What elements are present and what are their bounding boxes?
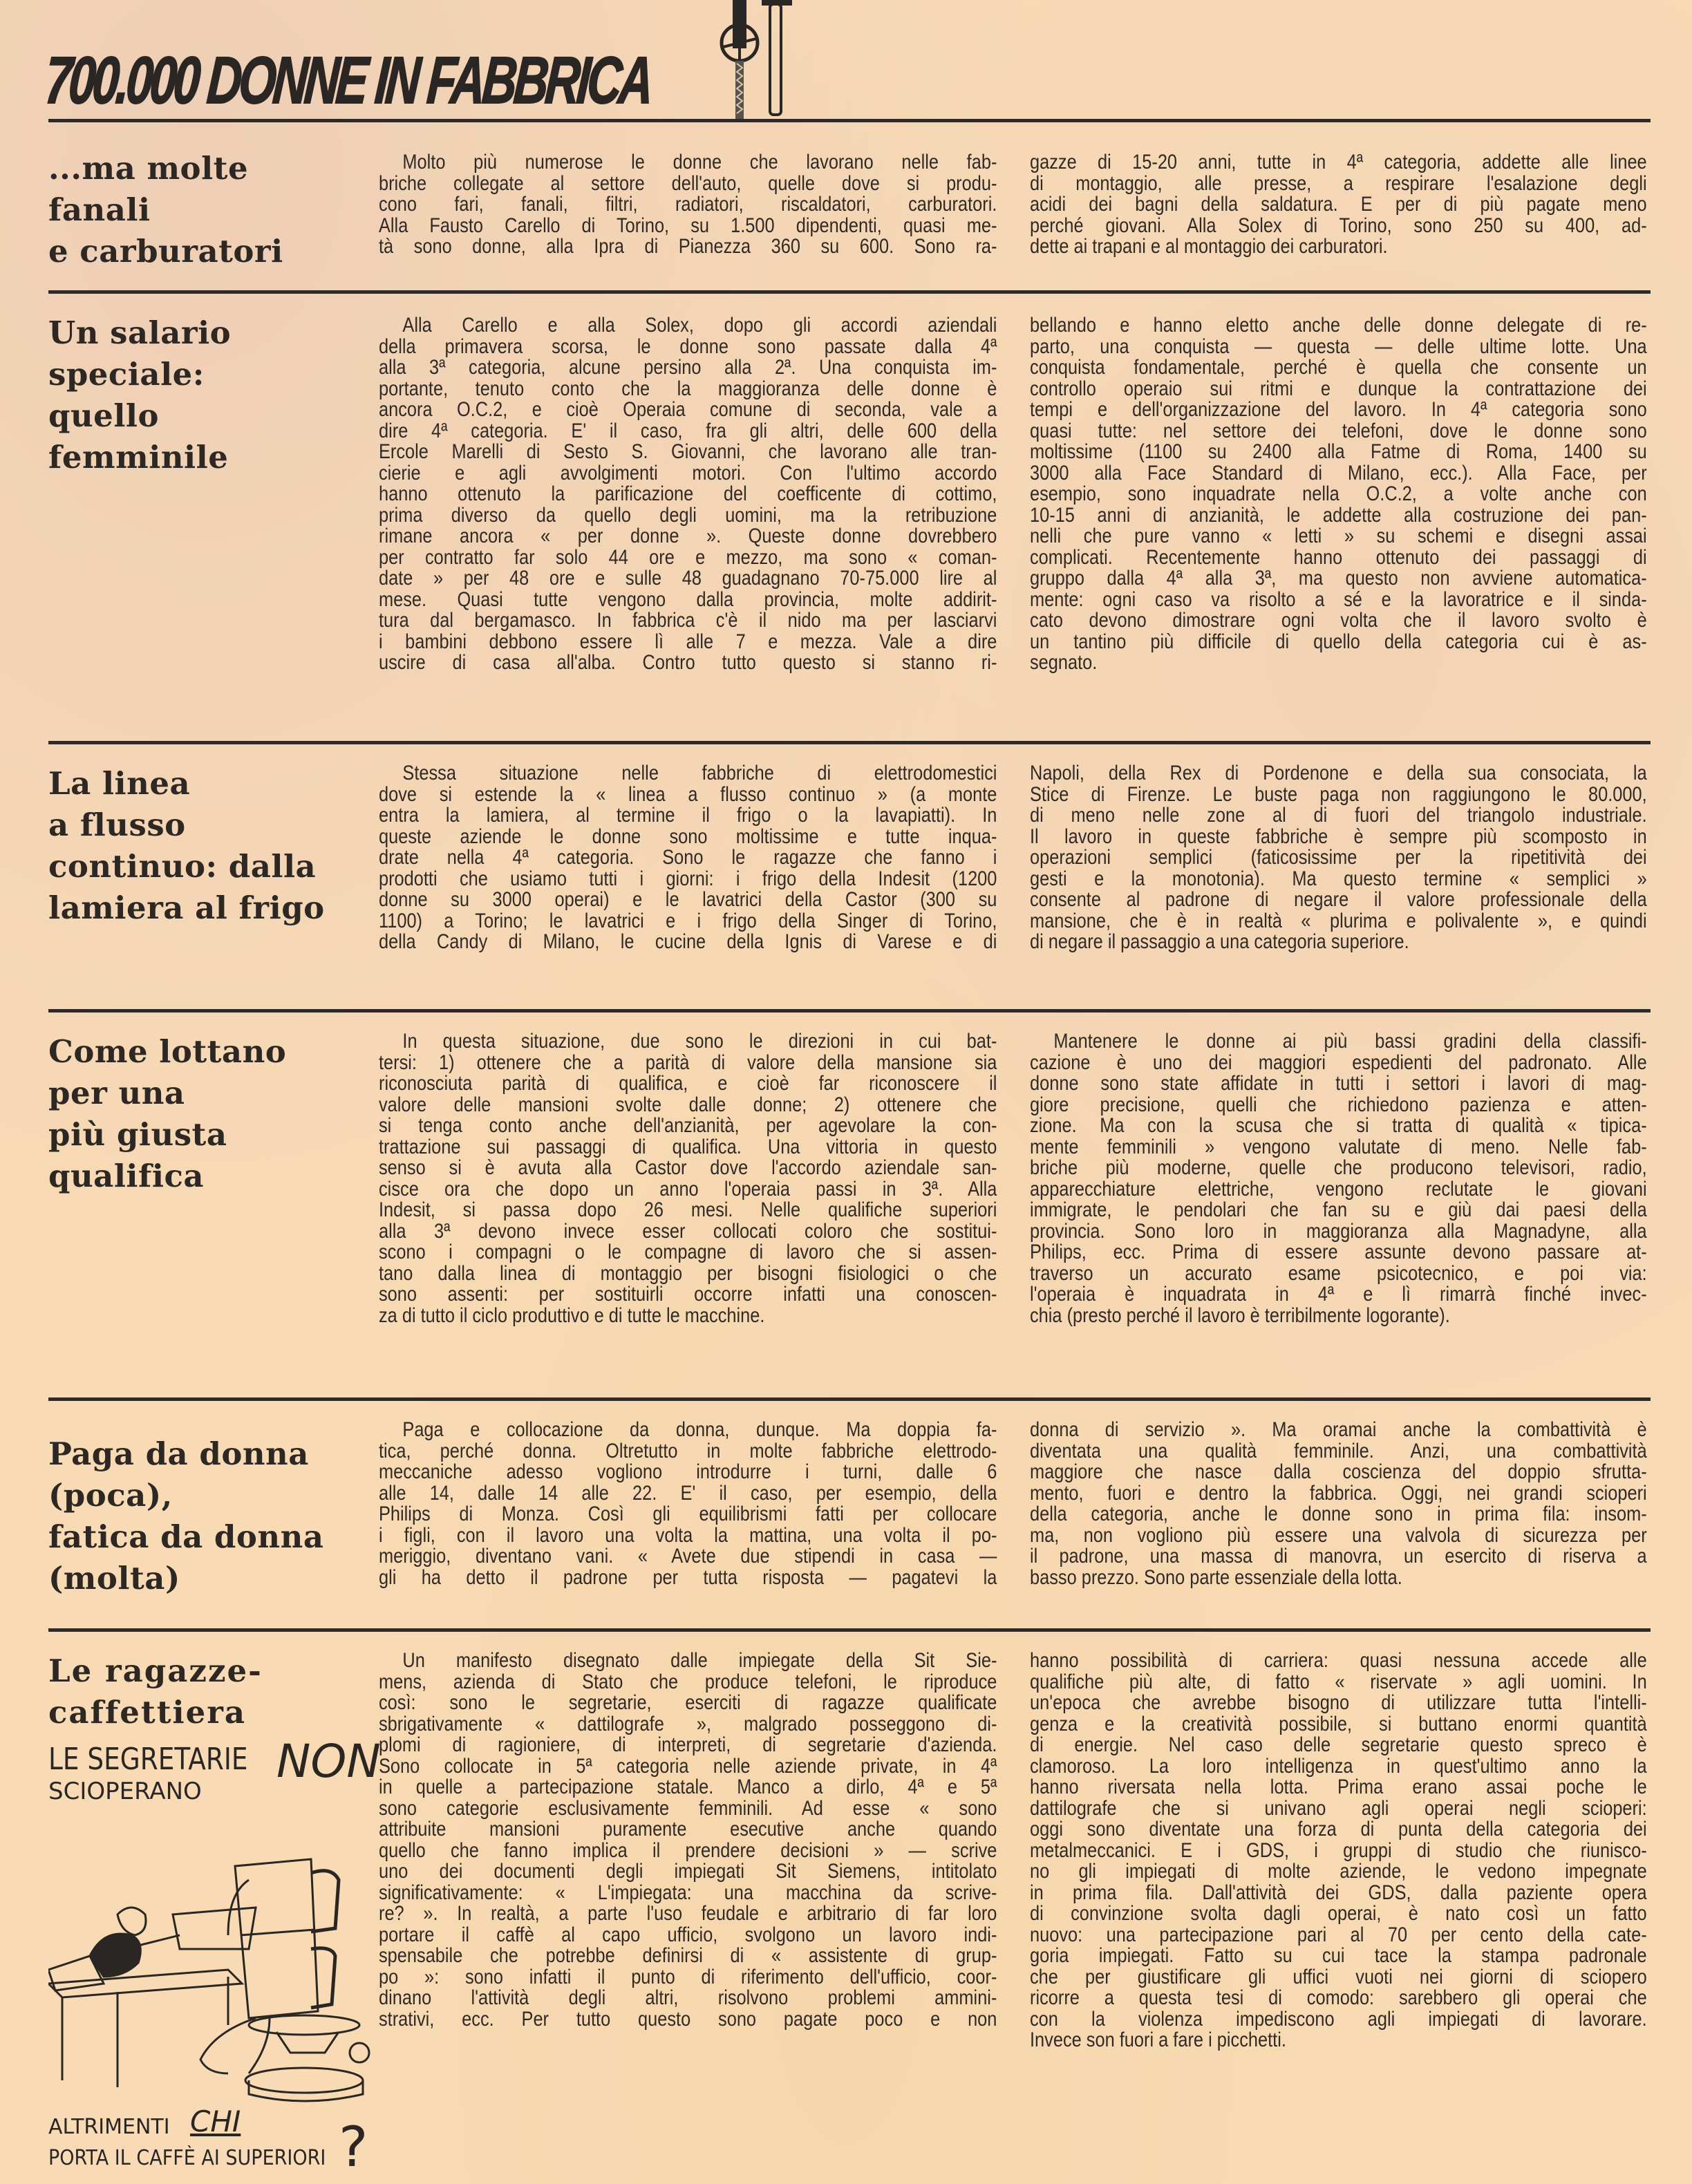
text-line: cato devono dimostrare ogni volta che il… (1030, 610, 1647, 632)
column-left: Alla Carello e alla Solex, dopo gli acco… (379, 315, 997, 674)
text-line: Alla Fausto Carello di Torino, su 1.500 … (379, 216, 997, 237)
text-line: portante, tenuto conto che la maggioranz… (379, 379, 997, 400)
text-line: meccaniche adesso vogliono introdurre i … (379, 1462, 997, 1483)
text-line: entra la lamiera, al termine il frigo o … (379, 805, 997, 827)
text-line: bellando e hanno eletto anche delle donn… (1030, 315, 1647, 337)
text-line: tempi e dell'organizzazione del lavoro. … (1030, 399, 1647, 421)
drill-press-icon (712, 0, 795, 124)
text-line: alla 3ª categoria, alcune persino alla 2… (379, 357, 997, 379)
text-line: Philips di Monza. Così gli equilibrismi … (379, 1504, 997, 1525)
text-line: ancora O.C.2, e cioè Operaia comune di s… (379, 399, 997, 421)
text-line: tersi: 1) ottenere che a parità di valor… (379, 1053, 997, 1074)
text-line: basso prezzo. Sono parte essenziale dell… (1030, 1568, 1647, 1589)
text-line: rimane ancora « per donne ». Queste donn… (379, 526, 997, 547)
text-line: re? ». In realtà, a parte l'uso feudale … (379, 1903, 997, 1925)
text-line: dire 4ª categoria. E' il caso, fra gli a… (379, 421, 997, 442)
text-line: il padrone, una massa di manovra, un ese… (1030, 1546, 1647, 1568)
text-line: prodotti che usiamo tutti i giorni: i fr… (379, 869, 997, 890)
text-line: prima diverso da quello degli uomini, ma… (379, 505, 997, 527)
text-line: per contratto far solo 44 ore e mezzo, m… (379, 547, 997, 569)
text-line: immigrate, le pendolari che fan su e giù… (1030, 1200, 1647, 1221)
heading-line: fatica da donna (48, 1516, 373, 1558)
text-line: segnato. (1030, 652, 1647, 674)
text-line: hanno possibilità di carriera: quasi nes… (1030, 1650, 1647, 1672)
text-line: donna di servizio ». Ma oramai anche la … (1030, 1420, 1647, 1441)
text-line: Invece son fuori a fare i picchetti. (1030, 2030, 1647, 2051)
text-line: gruppo dalla 4ª alla 3ª, ma questo non a… (1030, 568, 1647, 590)
text-line: quasi tutte: nel settore dei telefoni, d… (1030, 421, 1647, 442)
text-line: drate nella 4ª categoria. Sono le ragazz… (379, 847, 997, 869)
text-line: cazione è uno dei maggiori espedienti de… (1030, 1053, 1647, 1074)
text-line: mento, fuori e dentro la fabbrica. Oggi,… (1030, 1483, 1647, 1505)
column-right: Mantenere le donne ai più bassi gradini … (1030, 1031, 1647, 1326)
text-line: provincia. Sono loro in maggioranza alla… (1030, 1221, 1647, 1243)
text-line: di montaggio, alle presse, a respirare l… (1030, 173, 1647, 195)
text-line: acidi dei bagni della saldatura. E per d… (1030, 194, 1647, 216)
text-line: complicati. Recentemente hanno ottenuto … (1030, 547, 1647, 569)
text-line: cono fari, fanali, filtri, radiatori, ri… (379, 194, 997, 216)
cartoon-illustration: LE SEGRETARIE NON SCIOPERANO (48, 1742, 373, 2184)
column-right: Napoli, della Rex di Pordenone e della s… (1030, 763, 1647, 953)
heading-line: ...ma molte (48, 148, 373, 189)
text-line: dove si estende la « linea a flusso cont… (379, 784, 997, 806)
text-line: dinano l'attività degli altri, risolvono… (379, 1988, 997, 2009)
heading-line: per una (48, 1073, 373, 1114)
column-left: Molto più numerose le donne che lavorano… (379, 152, 997, 258)
section-rule (48, 1009, 1651, 1013)
text-line: plomi di ragioniere, di interpreti, di s… (379, 1735, 997, 1756)
text-line: scono i compagni o le compagne di lavoro… (379, 1242, 997, 1263)
section-rule (48, 1628, 1651, 1632)
text-line: nuovo: una partecipazione pari al 70 per… (1030, 1925, 1647, 1946)
text-line: un'epoca che avrebbe bisogno di utilizza… (1030, 1693, 1647, 1714)
text-line: parto, una conquista — questa — delle ul… (1030, 337, 1647, 358)
text-line: zione. Ma con la scusa che si tratta di … (1030, 1115, 1647, 1137)
coffee-pot-secretary-drawing (48, 1811, 373, 2115)
text-line: con la violenza impediscono agli impiega… (1030, 2009, 1647, 2031)
text-line: traverso un accurato esame psicotecnico,… (1030, 1263, 1647, 1285)
masthead: 700.000 DONNE IN FABBRICA (48, 28, 1692, 152)
text-line: così: sono le segretarie, eserciti di ra… (379, 1693, 997, 1714)
cartoon-caption-chi: CHI (190, 2105, 241, 2138)
text-line: che per giustificare gli uffici vuoti ne… (1030, 1967, 1647, 1988)
text-line: mente: ogni caso va risolto a sé e la la… (1030, 590, 1647, 611)
text-line: chia (presto perché il lavoro è terribil… (1030, 1306, 1647, 1327)
text-line: mansione, che è in realtà « plurima e po… (1030, 911, 1647, 932)
text-line: Stessa situazione nelle fabbriche di ele… (379, 763, 997, 784)
text-line: maggiore che nasce dalla coscienza del d… (1030, 1462, 1647, 1483)
text-line: qualifiche più alte, di fatto « riservat… (1030, 1672, 1647, 1693)
question-mark-icon: ? (339, 2115, 368, 2179)
text-line: significativamente: « L'impiegata: una m… (379, 1883, 997, 1904)
text-line: consente al padrone di negare il valore … (1030, 889, 1647, 911)
heading-line: continuo: dalla (48, 846, 373, 887)
text-line: 1100) a Torino; le lavatrici e i frigo d… (379, 911, 997, 932)
text-line: hanno riversata nella lotta. Prima erano… (1030, 1777, 1647, 1798)
text-line: sono assenti: per sostituirli occorre in… (379, 1284, 997, 1306)
column-left: Stessa situazione nelle fabbriche di ele… (379, 763, 997, 953)
text-line: cierie e agli avvolgimenti motori. Con l… (379, 463, 997, 484)
section-heading: La linea a flusso continuo: dalla lamier… (48, 763, 373, 929)
text-line: Molto più numerose le donne che lavorano… (379, 152, 997, 173)
heading-line: a flusso (48, 804, 373, 846)
heading-line: (molta) (48, 1558, 373, 1599)
column-right: bellando e hanno eletto anche delle donn… (1030, 315, 1647, 674)
text-line: Un manifesto disegnato dalle impiegate d… (379, 1650, 997, 1672)
text-line: esempio, sono inquadrate nella O.C.2, a … (1030, 484, 1647, 505)
text-line: donne su 3000 operai) e le lavatrici del… (379, 889, 997, 911)
text-line: diventata una qualità femminile. Anzi, u… (1030, 1441, 1647, 1462)
text-line: meriggio, diventano vani. « Avete due st… (379, 1546, 997, 1568)
text-line: clamoroso. La loro intelligenza in quest… (1030, 1756, 1647, 1778)
section-heading: Le ragazze- caffettiera (48, 1650, 373, 1733)
column-right: hanno possibilità di carriera: quasi nes… (1030, 1650, 1647, 2051)
text-line: di meno nelle zone al di fuori del trian… (1030, 805, 1647, 827)
text-line: della primavera scorsa, le donne sono pa… (379, 337, 997, 358)
page-title: 700.000 DONNE IN FABBRICA (43, 43, 654, 119)
text-line: ricorre a questa tesi di comodo: sarebbe… (1030, 1988, 1647, 2009)
text-line: di convinzione svolta dagli operai, è na… (1030, 1903, 1647, 1925)
text-line: sbrigativamente « dattilografe », malgra… (379, 1714, 997, 1735)
section-rule (48, 741, 1651, 744)
text-line: gli ha detto il padrone per tutta rispos… (379, 1568, 997, 1589)
heading-line: e carburatori (48, 231, 373, 272)
heading-line: Le ragazze- (48, 1650, 373, 1692)
text-line: alle 14, dalle 14 alle 22. E' il caso, p… (379, 1483, 997, 1505)
column-right: donna di servizio ». Ma oramai anche la … (1030, 1420, 1647, 1588)
text-line: controllo operaio sui ritmi e dunque la … (1030, 379, 1647, 400)
text-line: in prima fila. Dall'attività dei GDS, da… (1030, 1883, 1647, 1904)
text-line: donne sono state affidate in tutti i set… (1030, 1073, 1647, 1095)
text-line: nelli che pure vanno « letti » su schemi… (1030, 526, 1647, 547)
text-line: mens, azienda di Stato che produce telef… (379, 1672, 997, 1693)
text-line: dattilografe che si univano agli operai … (1030, 1798, 1647, 1820)
text-line: Philips, ecc. Prima di essere assunte de… (1030, 1242, 1647, 1263)
text-line: giore precisione, quelli che richiedono … (1030, 1095, 1647, 1116)
text-line: apparecchiature elettriche, vengono recl… (1030, 1179, 1647, 1201)
text-line: si tenga conto anche dell'anzianità, per… (379, 1115, 997, 1137)
heading-line: speciale: (48, 354, 373, 395)
text-line: tano dalla linea di montaggio per bisogn… (379, 1263, 997, 1285)
text-line: genza e la creatività possibile, si butt… (1030, 1714, 1647, 1735)
text-line: In questa situazione, due sono le direzi… (379, 1031, 997, 1053)
column-left: Un manifesto disegnato dalle impiegate d… (379, 1650, 997, 2030)
text-line: trattazione sui passaggi di qualifica. U… (379, 1137, 997, 1158)
text-line: tura dal bergamasco. In fabbrica c'è il … (379, 610, 997, 632)
text-line: Napoli, della Rex di Pordenone e della s… (1030, 763, 1647, 784)
text-line: di energie. Nel caso delle segretarie qu… (1030, 1735, 1647, 1756)
heading-line: qualifica (48, 1156, 373, 1197)
text-line: conquista fondamentale, perché è quella … (1030, 357, 1647, 379)
text-line: Indesit, si passa dopo 26 mesi. Nelle qu… (379, 1200, 997, 1221)
text-line: ma, non vogliono più essere una valvola … (1030, 1525, 1647, 1547)
text-line: senso si è avuta alla Castor dove l'acco… (379, 1158, 997, 1179)
heading-line: lamiera al frigo (48, 887, 373, 929)
text-line: Mantenere le donne ai più bassi gradini … (1030, 1031, 1647, 1053)
text-line: portare il caffè al capo ufficio, svolgo… (379, 1925, 997, 1946)
title-rule (48, 119, 1651, 122)
text-line: oggi sono diventate una forza di punta d… (1030, 1819, 1647, 1841)
text-line: Alla Carello e alla Solex, dopo gli acco… (379, 315, 997, 337)
text-line: 3000 alla Face Standard di Milano, ecc.)… (1030, 463, 1647, 484)
cartoon-caption-non: NON (276, 1735, 381, 1788)
text-line: in quelle a partecipazione statale. Manc… (379, 1777, 997, 1798)
heading-line: La linea (48, 763, 373, 804)
text-line: tica, perché donna. Oltretutto in molte … (379, 1441, 997, 1462)
text-line: Paga e collocazione da donna, dunque. Ma… (379, 1420, 997, 1441)
column-right: gazze di 15-20 anni, tutte in 4ª categor… (1030, 152, 1647, 258)
text-line: mese. Quasi tutte vengono dalla provinci… (379, 590, 997, 611)
text-line: metalmeccanici. E i GDS, i gruppi di stu… (1030, 1841, 1647, 1862)
text-line: briche collegate al settore dell'auto, q… (379, 173, 997, 195)
text-line: mente femminili » vengono valutate di me… (1030, 1137, 1647, 1158)
text-line: i figli, con il lavoro una volta la matt… (379, 1525, 997, 1547)
text-line: uno dei documenti degli impiegati Sit Si… (379, 1861, 997, 1883)
text-line: Ercole Marelli di Sesto S. Giovanni, che… (379, 442, 997, 463)
heading-line: caffettiera (48, 1692, 373, 1733)
cartoon-caption-scioperano: SCIOPERANO (48, 1778, 202, 1805)
text-line: cisce ora che dopo un anno l'operaia pas… (379, 1179, 997, 1201)
text-line: gazze di 15-20 anni, tutte in 4ª categor… (1030, 152, 1647, 173)
text-line: queste aziende le donne sono moltissime … (379, 827, 997, 848)
text-line: l'operaia è inquadrata in 4ª e lì rimarr… (1030, 1284, 1647, 1306)
heading-line: quello (48, 395, 373, 437)
text-line: date » per 48 ore e sulle 48 guadagnano … (379, 568, 997, 590)
heading-line: Come lottano (48, 1031, 373, 1073)
text-line: quello che fanno implica il prendere dec… (379, 1841, 997, 1862)
text-line: gesti e la monotonia). Ma questo termine… (1030, 869, 1647, 890)
text-line: della categoria, anche le donne sono in … (1030, 1504, 1647, 1525)
text-line: briche più moderne, quelle che producono… (1030, 1158, 1647, 1179)
section-heading: Un salario speciale: quello femminile (48, 312, 373, 478)
text-line: uscire di casa all'alba. Contro tutto qu… (379, 652, 997, 674)
section-heading: ...ma molte fanali e carburatori (48, 148, 373, 272)
text-line: di negare il passaggio a una categoria s… (1030, 932, 1647, 953)
heading-line: femminile (48, 437, 373, 478)
text-line: Il lavoro in queste fabbriche è sempre p… (1030, 827, 1647, 848)
heading-line: Paga da donna (48, 1433, 373, 1475)
cartoon-caption-top: LE SEGRETARIE (48, 1742, 248, 1777)
section-rule (48, 290, 1651, 294)
heading-line: più giusta (48, 1114, 373, 1156)
column-left: Paga e collocazione da donna, dunque. Ma… (379, 1420, 997, 1588)
text-line: valore delle mansioni svolte dalle donne… (379, 1095, 997, 1116)
text-line: Stice di Firenze. Le buste paga non ragg… (1030, 784, 1647, 806)
section-heading: Come lottano per una più giusta qualific… (48, 1031, 373, 1197)
text-line: 10-15 anni di anzianità, le addette alla… (1030, 505, 1647, 527)
text-line: sono categorie esclusivamente femminili.… (379, 1798, 997, 1820)
text-line: dette ai trapani e al montaggio dei carb… (1030, 236, 1647, 258)
text-line: i bambini debbono essere lì alle 7 e mez… (379, 632, 997, 653)
text-line: po »: sono infatti il punto di riferimen… (379, 1967, 997, 1988)
heading-line: Un salario (48, 312, 373, 354)
column-left: In questa situazione, due sono le direzi… (379, 1031, 997, 1326)
text-line: riconosciuta parità di qualifica, e cioè… (379, 1073, 997, 1095)
section-heading: Paga da donna (poca), fatica da donna (m… (48, 1433, 373, 1599)
cartoon-caption-bottom-2: PORTA IL CAFFÈ AI SUPERIORI (48, 2146, 326, 2170)
text-line: operazioni semplici (faticosissime per l… (1030, 847, 1647, 869)
cartoon-caption-bottom: ALTRIMENTI (48, 2115, 170, 2139)
text-line: hanno ottenuto la parificazione del coef… (379, 484, 997, 505)
heading-line: fanali (48, 189, 373, 231)
text-line: no gli impiegati di molte aziende, le ve… (1030, 1861, 1647, 1883)
section-rule (48, 1397, 1651, 1401)
text-line: tà sono donne, alla Ipra di Pianezza 360… (379, 236, 997, 258)
text-line: moltissime (1100 su 2400 alla Fatme di R… (1030, 442, 1647, 463)
text-line: un tantino più difficile di quello della… (1030, 632, 1647, 653)
text-line: perché giovani. Alla Solex di Torino, so… (1030, 216, 1647, 237)
text-line: attribuite mansioni puramente esecutive … (379, 1819, 997, 1841)
text-line: goria impiegati. Fatto su cui tace la st… (1030, 1946, 1647, 1967)
text-line: za di tutto il ciclo produttivo e di tut… (379, 1306, 997, 1327)
text-line: spensabile che potrebbe definirsi di « a… (379, 1946, 997, 1967)
text-line: della Candy di Milano, le cucine della I… (379, 932, 997, 953)
heading-line: (poca), (48, 1475, 373, 1516)
text-line: Sono collocate in 5ª categoria nelle azi… (379, 1756, 997, 1778)
text-line: strativi, ecc. Per tutto questo sono pag… (379, 2009, 997, 2031)
text-line: alla 3ª devono invece esser collocati co… (379, 1221, 997, 1243)
